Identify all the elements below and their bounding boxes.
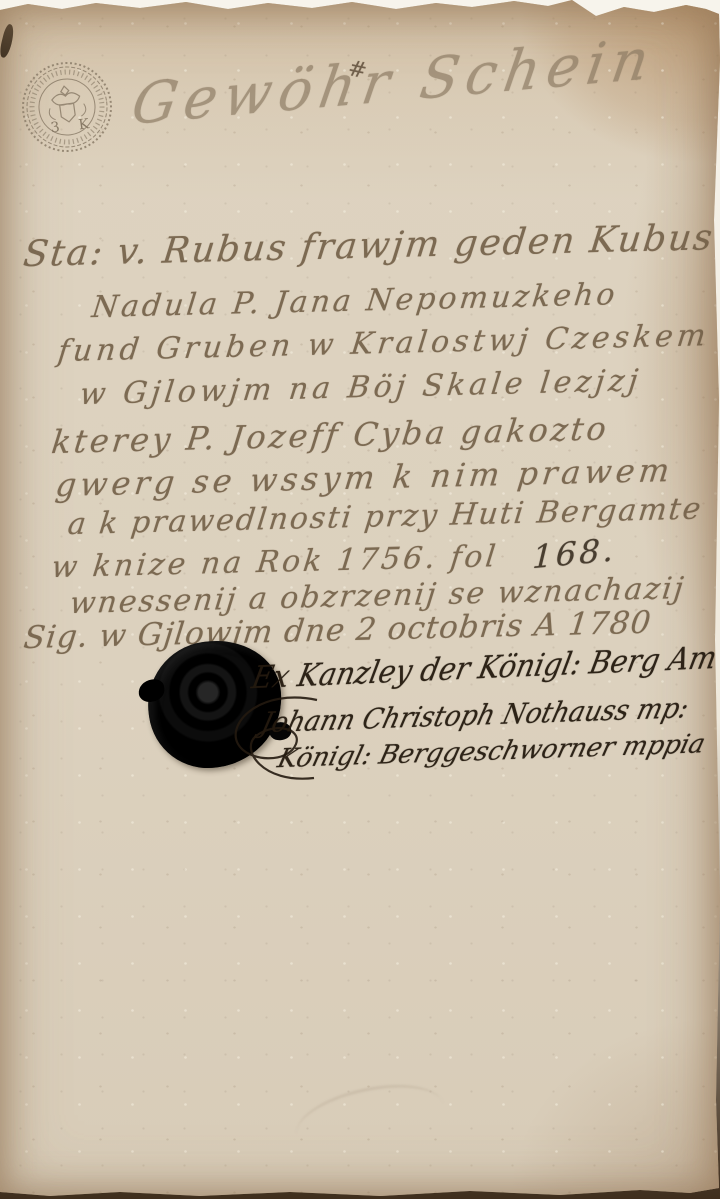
revenue-stamp: 3 K [20,60,114,154]
body-line: fund Gruben w Kralostwj Czeskem [56,318,712,369]
edge-ink-mark [0,23,16,58]
body-line: Sta: v. Rubus frawjm geden Kubus [21,217,716,275]
document-title: Gewöhr Schein [128,26,661,138]
revenue-stamp-icon: 3 K [20,60,114,154]
body-line: w Gjlowjm na Böj Skale lezjzj [78,363,644,412]
paper-sheet: 3 K # Gewöhr Schein Sta: v. Rubus frawjm… [0,0,720,1199]
folio-number-annotation: 168. [531,530,616,576]
ink-show-through [290,1073,450,1166]
scanned-document-photo: 3 K # Gewöhr Schein Sta: v. Rubus frawjm… [0,0,720,1199]
stamp-denomination: 3 [50,119,61,136]
stamp-currency: K [78,116,91,133]
body-line: Nadula P. Jana Nepomuzkeho [90,277,620,325]
body-line: kterey P. Jozeff Cyba gakozto [50,409,612,461]
